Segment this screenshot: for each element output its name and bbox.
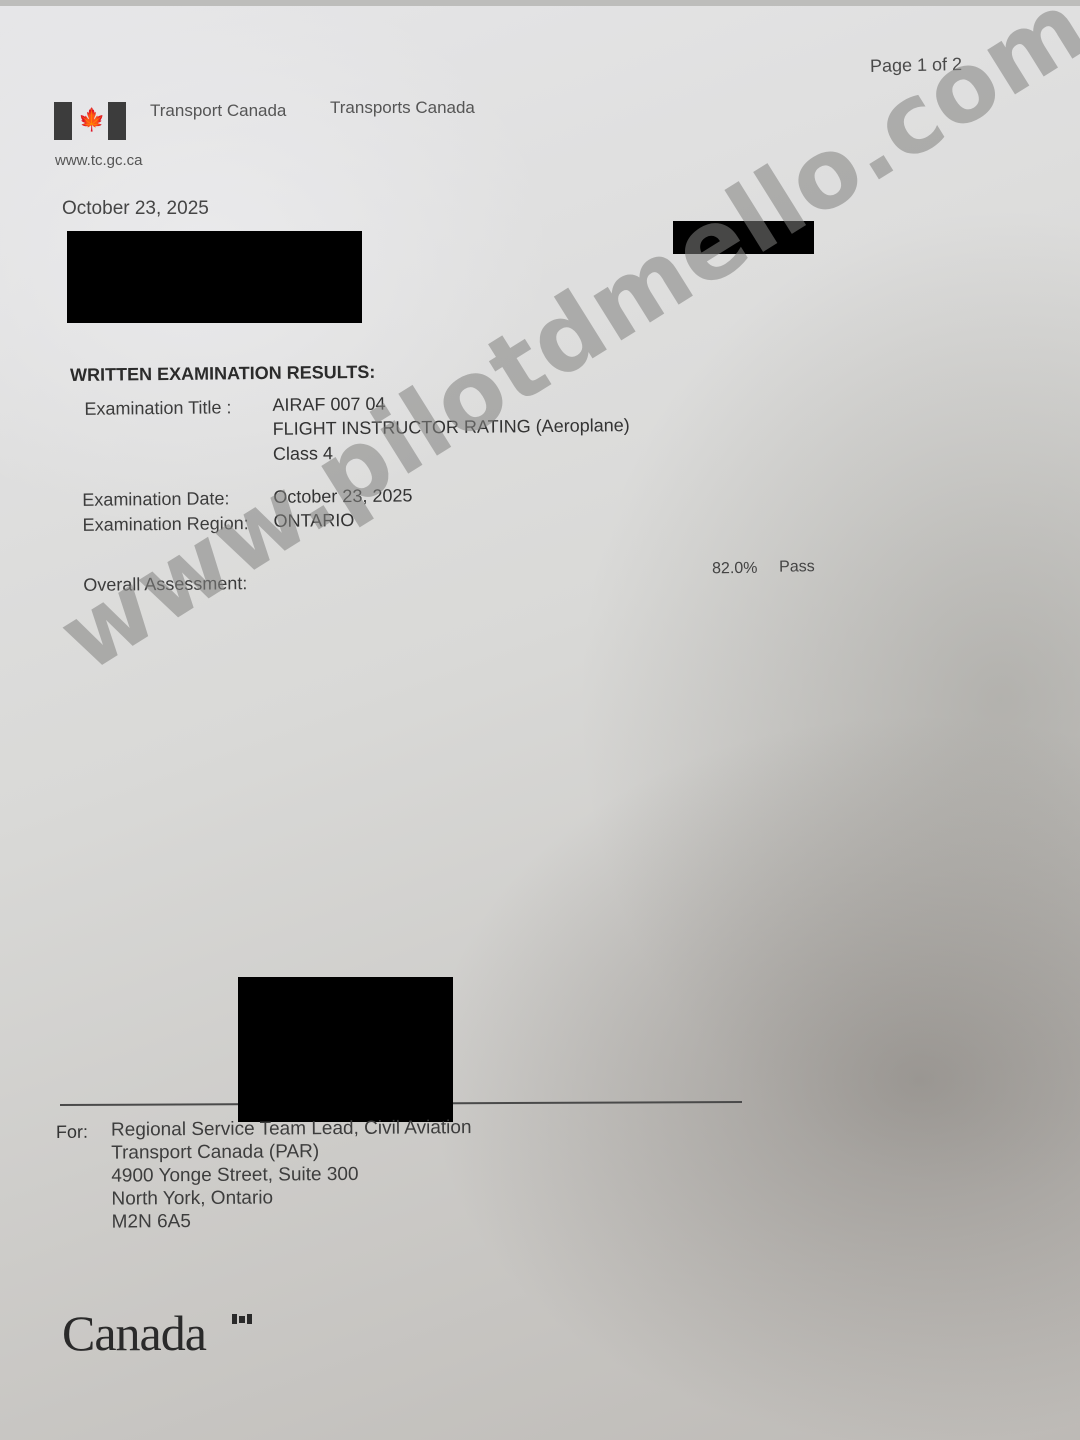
section-title: WRITTEN EXAMINATION RESULTS: bbox=[70, 362, 376, 386]
redacted-recipient-address bbox=[67, 231, 362, 323]
postal-code: M2N 6A5 bbox=[112, 1211, 191, 1234]
signatory-title: Regional Service Team Lead, Civil Aviati… bbox=[111, 1117, 472, 1142]
exam-score: 82.0% bbox=[712, 560, 758, 578]
redacted-signature bbox=[238, 977, 453, 1122]
wordmark-flag-icon bbox=[232, 1314, 252, 1324]
for-label: For: bbox=[56, 1122, 88, 1143]
canada-wordmark: Canada bbox=[62, 1304, 206, 1362]
city-province: North York, Ontario bbox=[111, 1187, 273, 1210]
exam-result: Pass bbox=[779, 558, 815, 576]
exam-title-label: Examination Title : bbox=[84, 397, 231, 420]
page-top-edge bbox=[0, 0, 1080, 6]
office-name: Transport Canada (PAR) bbox=[111, 1141, 319, 1164]
website-link[interactable]: www.tc.gc.ca bbox=[55, 152, 143, 169]
street-address: 4900 Yonge Street, Suite 300 bbox=[111, 1164, 358, 1188]
canada-flag-icon: 🍁 bbox=[54, 102, 126, 140]
department-name-english: Transport Canada bbox=[150, 101, 286, 121]
letter-date: October 23, 2025 bbox=[62, 198, 209, 220]
department-name-french: Transports Canada bbox=[330, 98, 475, 118]
